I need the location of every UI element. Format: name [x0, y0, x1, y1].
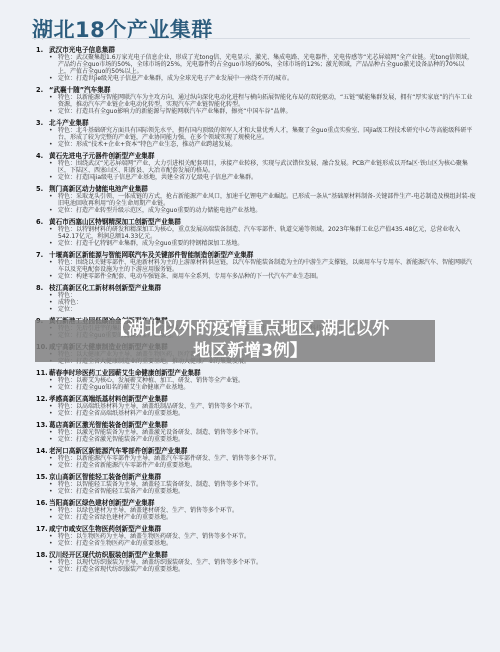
bullet-item: •特色：以蕲艾为核心，发展蕲艾种植、加工、研发、销售等全产业链。 — [49, 377, 476, 384]
bullet-dot-icon: • — [49, 462, 58, 469]
cluster-bullets: •特色：以激光智能装备为主导，涵盖激光设备研发、制造、销售等多个环节。•定位：打… — [36, 429, 476, 443]
bullet-dot-icon: • — [49, 273, 58, 280]
cluster-item: 11.蕲春李时珍医药工业园蕲艾生命健康创新型产业集群•特色：以蕲艾为核心，发展蕲… — [36, 369, 476, 391]
bullet-item: •特色：以特钢材料的研发和精深加工为核心，重点发展高端装备制造、汽车零部件、轨道… — [49, 226, 476, 240]
headline-text: 【湖北以外的疫情重点地区,湖北以外 地区新增3例】 — [0, 318, 500, 362]
bullet-item: •定位：打造国jia级电子信息产业基地，共建全省万亿级电子信息产业集群。 — [49, 174, 476, 181]
cluster-name: 孝感高新区高端纸基材料创新型产业集群 — [49, 395, 476, 403]
bullet-dot-icon: • — [49, 240, 58, 247]
cluster-bullets: •特色：北斗基础研究方面具有国际领先水平，拥有国内顶级的领军人才和大量优秀人才，… — [36, 127, 476, 148]
bullet-dot-icon: • — [49, 207, 58, 214]
cluster-item: 1.武汉市光电子信息集群•特色：武汉聚集超1.6万家光电子信息企业，形成了光to… — [36, 46, 476, 82]
headline-line-1: 【湖北以外的疫情重点地区,湖北以外 — [0, 318, 500, 340]
cluster-name: 汉川经开区现代纺织服装创新型产业集群 — [49, 551, 476, 559]
bullet-dot-icon: • — [49, 436, 58, 443]
bullet-item: •特色：围绕以关键零部件、电池新材料为主的上游原材料供应链，以汽车智能装备制造为… — [49, 259, 476, 273]
bullet-text: 定位：打造全省绿色建材产业的重要基地。 — [58, 514, 476, 521]
cluster-bullets: •特色：以现代纺织服装为主导，涵盖纺织服装研发、生产、销售等多个环节。•定位：打… — [36, 559, 476, 573]
cluster-heading: 5.荆门高新区动力储能电池产业集群 — [36, 185, 476, 193]
bullet-item: •特色：以激光智能装备为主导，涵盖激光设备研发、制造、销售等多个环节。 — [49, 429, 476, 436]
cluster-item: 18.汉川经开区现代纺织服装创新型产业集群•特色：以现代纺织服装为主导，涵盖纺织… — [36, 551, 476, 573]
bullet-dot-icon: • — [49, 559, 58, 566]
cluster-heading: 13.葛店高新区激光智能装备创新型产业集群 — [36, 421, 476, 429]
cluster-name: 葛店高新区激光智能装备创新型产业集群 — [49, 421, 476, 429]
cluster-item: 6.黄石市西塞山区特钢精深加工创新型产业集群•特色：以特钢材料的研发和精深加工为… — [36, 218, 476, 247]
bullet-item: •特色：以新能源与智能网联汽车为主攻方向，通过纵向深化电动化进程与横向拓展智能化… — [49, 94, 476, 108]
cluster-name: 咸宁市咸安区生物医药创新型产业集群 — [49, 525, 476, 533]
cluster-name: 黄石市西塞山区特钢精深加工创新型产业集群 — [49, 218, 476, 226]
bullet-dot-icon: • — [49, 533, 58, 540]
cluster-number: 15. — [36, 473, 49, 481]
bullet-dot-icon: • — [49, 377, 58, 384]
bullet-item: •定位：打造具有全guo影响力的新能源与智能网联汽车产业集群，擦亮“中国车谷”品… — [49, 108, 476, 115]
cluster-number: 13. — [36, 421, 49, 429]
bullet-item: •定位： — [49, 306, 476, 313]
bullet-dot-icon: • — [49, 226, 58, 240]
cluster-number: 11. — [36, 369, 49, 377]
cluster-number: 5. — [36, 185, 49, 193]
cluster-bullets: •特色：武汉聚集超1.6万家光电子信息企业，形成了光tong信、光电显示、激光、… — [36, 54, 476, 82]
cluster-number: 12. — [36, 395, 49, 403]
cluster-heading: 3.北斗产业集群 — [36, 119, 476, 127]
bullet-dot-icon: • — [49, 299, 58, 306]
bullet-item: •定位：形成“技术+企业+资本”特色产业生态，推动产业跨越发展。 — [49, 141, 476, 148]
bullet-dot-icon: • — [49, 193, 58, 207]
bullet-text: 特色：以高端纸基材料为主导，涵盖纸制品研发、生产、销售等多个环节。 — [58, 403, 476, 410]
bullet-dot-icon: • — [49, 566, 58, 573]
bullet-text: 特色：以现代纺织服装为主导，涵盖纺织服装研发、生产、销售等多个环节。 — [58, 559, 476, 566]
cluster-item: 4.黄石先进电子元器件创新型产业集群•特色：围绕武汉“光芯屏端网”产业，大力引进… — [36, 152, 476, 181]
cluster-number: 2. — [36, 86, 49, 94]
bullet-dot-icon: • — [49, 54, 58, 75]
cluster-number: 6. — [36, 218, 49, 226]
cluster-bullets: •特色：以新能源与智能网联汽车为主攻方向，通过纵向深化电动化进程与横向拓展智能化… — [36, 94, 476, 115]
bullet-dot-icon: • — [49, 455, 58, 462]
cluster-item: 13.葛店高新区激光智能装备创新型产业集群•特色：以激光智能装备为主导，涵盖激光… — [36, 421, 476, 443]
cluster-heading: 7.十堰高新区新能源与智能网联汽车及关键部件智能制造创新型产业集群 — [36, 251, 476, 259]
cluster-number: 3. — [36, 119, 49, 127]
bullet-dot-icon: • — [49, 94, 58, 108]
bullet-item: •定位：打造世jie级光电子信息产业集群，成为全球光电子产业发展中一座绕不开的城… — [49, 75, 476, 82]
cluster-number: 17. — [36, 525, 49, 533]
bullet-item: •定位：打造全省新能源汽车零部件产业的重要基地。 — [49, 462, 476, 469]
cluster-bullets: •特色：以生物医药为主导，涵盖生物医药研发、生产、销售等多个环节。•定位：打造全… — [36, 533, 476, 547]
headline-line-2: 地区新增3例】 — [0, 340, 500, 362]
cluster-item: 14.老河口高新区新能源汽车零部件创新型产业集群•特色：以新能源汽车零部件为主导… — [36, 447, 476, 469]
cluster-bullets: •特色：以高端纸基材料为主导，涵盖纸制品研发、生产、销售等多个环节。•定位：打造… — [36, 403, 476, 417]
bullet-item: •定位：打造全guo知名的蕲艾生命健康产业基地。 — [49, 384, 476, 391]
bullet-text: 定位：打造全省现代纺织服装产业的重要基地。 — [58, 566, 476, 573]
bullet-text: 定位：打造产业转型升级示范区，成为全guo重要的动力储能电池产业基地。 — [58, 207, 476, 214]
bullet-dot-icon: • — [49, 259, 58, 273]
cluster-number: 7. — [36, 251, 49, 259]
bullet-text: 定位：打造全省智能轻工装备产业的重要基地。 — [58, 488, 476, 495]
bullet-text: 定位：打造千亿特钢产业集群，成为全guo重要的特钢精深加工基地。 — [58, 240, 476, 247]
bullet-item: •特色：以生物医药为主导，涵盖生物医药研发、生产、销售等多个环节。 — [49, 533, 476, 540]
bullet-text: 定位：打造世jie级光电子信息产业集群，成为全球光电子产业发展中一座绕不开的城市… — [58, 75, 476, 82]
cluster-name: 当阳高新区绿色建材创新型产业集群 — [49, 499, 476, 507]
cluster-heading: 6.黄石市西塞山区特钢精深加工创新型产业集群 — [36, 218, 476, 226]
bullet-dot-icon: • — [49, 108, 58, 115]
bullet-item: •特色：以绿色建材为主导，涵盖建材研发、生产、销售等多个环节。 — [49, 507, 476, 514]
bullet-text: 特色：以新能源汽车零部件为主导，涵盖汽车零部件研发、生产、销售等多个环节。 — [58, 455, 476, 462]
cluster-item: 8.枝江高新区化工新材料创新型产业集群•特色：•成特色：•定位： — [36, 284, 476, 313]
cluster-heading: 11.蕲春李时珍医药工业园蕲艾生命健康创新型产业集群 — [36, 369, 476, 377]
bullet-text: 特色：以特钢材料的研发和精深加工为核心，重点发展高端装备制造、汽车零部件、轨道交… — [58, 226, 476, 240]
bullet-text: 特色：北斗基础研究方面具有国际领先水平，拥有国内顶级的领军人才和大量优秀人才，集… — [58, 127, 476, 141]
cluster-heading: 18.汉川经开区现代纺织服装创新型产业集群 — [36, 551, 476, 559]
bullet-item: •定位：打造全省生物医药产业的重要基地。 — [49, 540, 476, 547]
bullet-item: •特色： — [49, 292, 476, 299]
cluster-bullets: •特色：以智能轻工装备为主导，涵盖轻工装备研发、制造、销售等多个环节。•定位：打… — [36, 481, 476, 495]
cluster-name: 黄石先进电子元器件创新型产业集群 — [49, 152, 476, 160]
bullet-dot-icon: • — [49, 429, 58, 436]
cluster-heading: 1.武汉市光电子信息集群 — [36, 46, 476, 54]
cluster-number: 14. — [36, 447, 49, 455]
bullet-item: •定位：打造全省绿色建材产业的重要基地。 — [49, 514, 476, 521]
bullet-item: •特色：北斗基础研究方面具有国际领先水平，拥有国内顶级的领军人才和大量优秀人才，… — [49, 127, 476, 141]
page-title: 湖北18个产业集群 — [32, 14, 213, 44]
bullet-dot-icon: • — [49, 540, 58, 547]
cluster-item: 16.当阳高新区绿色建材创新型产业集群•特色：以绿色建材为主导，涵盖建材研发、生… — [36, 499, 476, 521]
cluster-bullets: •特色：以新能源汽车零部件为主导，涵盖汽车零部件研发、生产、销售等多个环节。•定… — [36, 455, 476, 469]
bullet-item: •成特色： — [49, 299, 476, 306]
bullet-text: 定位：打造全省激光智能装备产业的重要基地。 — [58, 436, 476, 443]
bullet-text: 特色：武汉聚集超1.6万家光电子信息企业，形成了光tong信、光电显示、激光、集… — [58, 54, 476, 75]
bullet-dot-icon: • — [49, 174, 58, 181]
bullet-item: •定位：打造全省智能轻工装备产业的重要基地。 — [49, 488, 476, 495]
bullet-text: 定位：打造国jia级电子信息产业基地，共建全省万亿级电子信息产业集群。 — [58, 174, 476, 181]
bullet-dot-icon: • — [49, 141, 58, 148]
bullet-item: •特色：以高端纸基材料为主导，涵盖纸制品研发、生产、销售等多个环节。 — [49, 403, 476, 410]
bullet-text: 特色：以蕲艾为核心，发展蕲艾种植、加工、研发、销售等全产业链。 — [58, 377, 476, 384]
bullet-dot-icon: • — [49, 127, 58, 141]
bullet-text: 特色：采取龙头引领、一体成链的方式，抢占新能源产业风口，加速千亿锂电产业崛起。已… — [58, 193, 476, 207]
bullet-text: 特色：以智能轻工装备为主导，涵盖轻工装备研发、制造、销售等多个环节。 — [58, 481, 476, 488]
bullet-text: 定位：形成“技术+企业+资本”特色产业生态，推动产业跨越发展。 — [58, 141, 476, 148]
bullet-dot-icon: • — [49, 160, 58, 174]
cluster-item: 3.北斗产业集群•特色：北斗基础研究方面具有国际领先水平，拥有国内顶级的领军人才… — [36, 119, 476, 148]
bullet-dot-icon: • — [49, 306, 58, 313]
cluster-item: 17.咸宁市咸安区生物医药创新型产业集群•特色：以生物医药为主导，涵盖生物医药研… — [36, 525, 476, 547]
bullet-dot-icon: • — [49, 384, 58, 391]
bullet-text: 特色：围绕以关键零部件、电池新材料为主的上游原材料供应链，以汽车智能装备制造为主… — [58, 259, 476, 273]
cluster-bullets: •特色：围绕武汉“光芯屏端网”产业，大力引进相关配套项目，承接产业转移，实现与武… — [36, 160, 476, 181]
cluster-name: “武襄十随”汽车集群 — [49, 86, 476, 94]
bullet-text: 特色：以新能源与智能网联汽车为主攻方向，通过纵向深化电动化进程与横向拓展智能化布… — [58, 94, 476, 108]
cluster-bullets: •特色：•成特色：•定位： — [36, 292, 476, 313]
bullet-text: 定位： — [58, 306, 476, 313]
cluster-name: 老河口高新区新能源汽车零部件创新型产业集群 — [49, 447, 476, 455]
cluster-number: 8. — [36, 284, 49, 292]
cluster-number: 16. — [36, 499, 49, 507]
cluster-item: 15.京山高新区智能轻工装备创新产业集群•特色：以智能轻工装备为主导，涵盖轻工装… — [36, 473, 476, 495]
bullet-dot-icon: • — [49, 488, 58, 495]
cluster-heading: 17.咸宁市咸安区生物医药创新型产业集群 — [36, 525, 476, 533]
cluster-heading: 2.“武襄十随”汽车集群 — [36, 86, 476, 94]
cluster-heading: 14.老河口高新区新能源汽车零部件创新型产业集群 — [36, 447, 476, 455]
bullet-text: 特色：以绿色建材为主导，涵盖建材研发、生产、销售等多个环节。 — [58, 507, 476, 514]
bullet-item: •特色：以现代纺织服装为主导，涵盖纺织服装研发、生产、销售等多个环节。 — [49, 559, 476, 566]
bullet-text: 特色： — [58, 292, 476, 299]
cluster-name: 武汉市光电子信息集群 — [49, 46, 476, 54]
cluster-heading: 4.黄石先进电子元器件创新型产业集群 — [36, 152, 476, 160]
bullet-dot-icon: • — [49, 403, 58, 410]
bullet-text: 特色：围绕武汉“光芯屏端网”产业，大力引进相关配套项目，承接产业转移，实现与武汉… — [58, 160, 476, 174]
cluster-heading: 8.枝江高新区化工新材料创新型产业集群 — [36, 284, 476, 292]
cluster-bullets: •特色：采取龙头引领、一体成链的方式，抢占新能源产业风口，加速千亿锂电产业崛起。… — [36, 193, 476, 214]
bullet-item: •特色：以智能轻工装备为主导，涵盖轻工装备研发、制造、销售等多个环节。 — [49, 481, 476, 488]
bullet-item: •特色：以新能源汽车零部件为主导，涵盖汽车零部件研发、生产、销售等多个环节。 — [49, 455, 476, 462]
cluster-number: 4. — [36, 152, 49, 160]
bullet-text: 特色：以生物医药为主导，涵盖生物医药研发、生产、销售等多个环节。 — [58, 533, 476, 540]
bullet-item: •定位：打造产业转型升级示范区，成为全guo重要的动力储能电池产业基地。 — [49, 207, 476, 214]
cluster-name: 十堰高新区新能源与智能网联汽车及关键部件智能制造创新型产业集群 — [49, 251, 476, 259]
bullet-dot-icon: • — [49, 514, 58, 521]
cluster-item: 2.“武襄十随”汽车集群•特色：以新能源与智能网联汽车为主攻方向，通过纵向深化电… — [36, 86, 476, 115]
bullet-item: •定位：构建零部件全配套、电动车强链条、商用车全系列、专用车多品种的下一代汽车产… — [49, 273, 476, 280]
bullet-item: •定位：打造全省高端纸基材料产业的重要基地。 — [49, 410, 476, 417]
bullet-dot-icon: • — [49, 75, 58, 82]
bullet-item: •定位：打造全省激光智能装备产业的重要基地。 — [49, 436, 476, 443]
cluster-name: 北斗产业集群 — [49, 119, 476, 127]
bullet-text: 定位：打造全guo知名的蕲艾生命健康产业基地。 — [58, 384, 476, 391]
cluster-list: 1.武汉市光电子信息集群•特色：武汉聚集超1.6万家光电子信息企业，形成了光to… — [36, 46, 476, 577]
bullet-text: 定位：打造全省生物医药产业的重要基地。 — [58, 540, 476, 547]
bullet-dot-icon: • — [49, 507, 58, 514]
bullet-dot-icon: • — [49, 481, 58, 488]
bullet-text: 成特色： — [58, 299, 476, 306]
cluster-name: 蕲春李时珍医药工业园蕲艾生命健康创新型产业集群 — [49, 369, 476, 377]
title-divider — [32, 38, 470, 39]
cluster-item: 5.荆门高新区动力储能电池产业集群•特色：采取龙头引领、一体成链的方式，抢占新能… — [36, 185, 476, 214]
cluster-item: 12.孝感高新区高端纸基材料创新型产业集群•特色：以高端纸基材料为主导，涵盖纸制… — [36, 395, 476, 417]
cluster-name: 荆门高新区动力储能电池产业集群 — [49, 185, 476, 193]
bullet-text: 特色：以激光智能装备为主导，涵盖激光设备研发、制造、销售等多个环节。 — [58, 429, 476, 436]
bullet-dot-icon: • — [49, 410, 58, 417]
cluster-name: 京山高新区智能轻工装备创新产业集群 — [49, 473, 476, 481]
bullet-text: 定位：打造具有全guo影响力的新能源与智能网联汽车产业集群，擦亮“中国车谷”品牌… — [58, 108, 476, 115]
bullet-text: 定位：打造全省高端纸基材料产业的重要基地。 — [58, 410, 476, 417]
cluster-bullets: •特色：以蕲艾为核心，发展蕲艾种植、加工、研发、销售等全产业链。•定位：打造全g… — [36, 377, 476, 391]
cluster-heading: 16.当阳高新区绿色建材创新型产业集群 — [36, 499, 476, 507]
bullet-text: 定位：构建零部件全配套、电动车强链条、商用车全系列、专用车多品种的下一代汽车产业… — [58, 273, 476, 280]
bullet-text: 定位：打造全省新能源汽车零部件产业的重要基地。 — [58, 462, 476, 469]
bullet-item: •特色：围绕武汉“光芯屏端网”产业，大力引进相关配套项目，承接产业转移，实现与武… — [49, 160, 476, 174]
bullet-item: •定位：打造全省现代纺织服装产业的重要基地。 — [49, 566, 476, 573]
cluster-name: 枝江高新区化工新材料创新型产业集群 — [49, 284, 476, 292]
cluster-bullets: •特色：围绕以关键零部件、电池新材料为主的上游原材料供应链，以汽车智能装备制造为… — [36, 259, 476, 280]
cluster-bullets: •特色：以特钢材料的研发和精深加工为核心，重点发展高端装备制造、汽车零部件、轨道… — [36, 226, 476, 247]
bullet-dot-icon: • — [49, 292, 58, 299]
bullet-item: •特色：武汉聚集超1.6万家光电子信息企业，形成了光tong信、光电显示、激光、… — [49, 54, 476, 75]
bullet-item: •定位：打造千亿特钢产业集群，成为全guo重要的特钢精深加工基地。 — [49, 240, 476, 247]
cluster-item: 7.十堰高新区新能源与智能网联汽车及关键部件智能制造创新型产业集群•特色：围绕以… — [36, 251, 476, 280]
cluster-heading: 12.孝感高新区高端纸基材料创新型产业集群 — [36, 395, 476, 403]
cluster-number: 18. — [36, 551, 49, 559]
bullet-item: •特色：采取龙头引领、一体成链的方式，抢占新能源产业风口，加速千亿锂电产业崛起。… — [49, 193, 476, 207]
cluster-number: 1. — [36, 46, 49, 54]
cluster-heading: 15.京山高新区智能轻工装备创新产业集群 — [36, 473, 476, 481]
cluster-bullets: •特色：以绿色建材为主导，涵盖建材研发、生产、销售等多个环节。•定位：打造全省绿… — [36, 507, 476, 521]
